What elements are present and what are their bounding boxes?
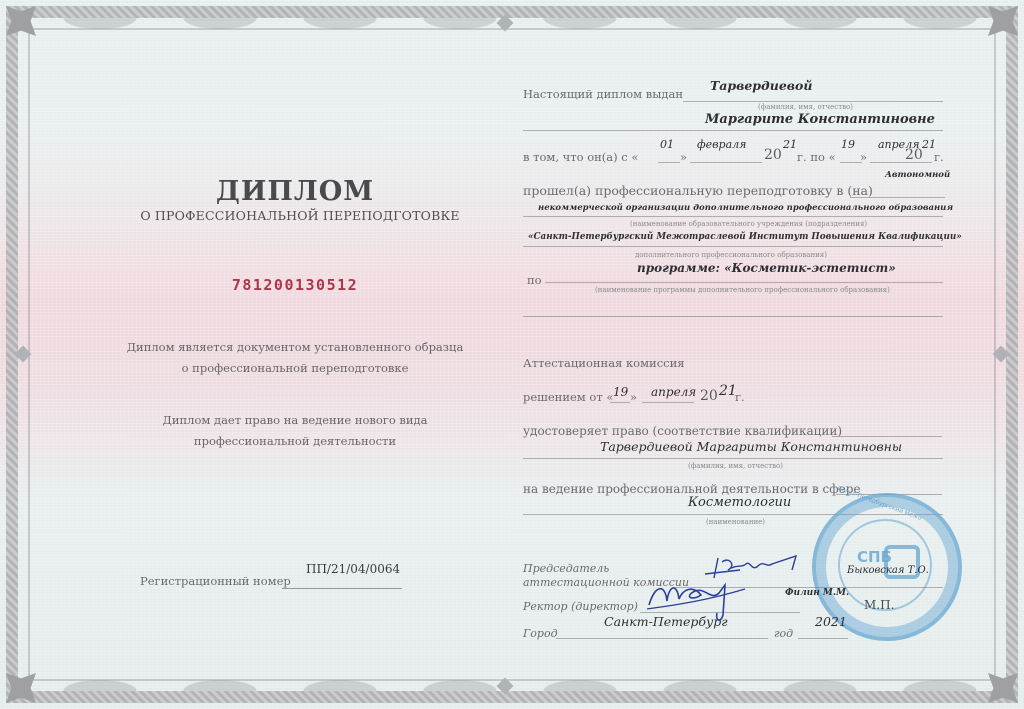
underline xyxy=(642,402,694,403)
decision-month: апреля xyxy=(651,385,696,399)
period-to-day: 19 xyxy=(841,138,855,151)
rector-name: Филин М.М. xyxy=(785,588,849,598)
rights-note: Диплом дает право на ведение нового вида… xyxy=(100,410,490,452)
commission-label: Аттестационная комиссия xyxy=(523,356,685,370)
quote-close: » xyxy=(680,150,687,164)
diploma-subtitle: О ПРОФЕССИОНАЛЬНОЙ ПЕРЕПОДГОТОВКЕ xyxy=(100,208,500,223)
program-prefix: по xyxy=(527,273,542,287)
serial-number: 781200130512 xyxy=(150,276,440,294)
recipient-given-names: Маргарите Константиновне xyxy=(705,112,935,127)
year-label: год xyxy=(774,627,793,640)
decision-suffix: г. xyxy=(735,390,745,404)
chair-label-1: Председатель xyxy=(523,562,609,575)
underline xyxy=(610,402,630,403)
period-from-month: февраля xyxy=(697,138,746,151)
rights-note-line: Диплом дает право на ведение нового вида xyxy=(100,410,490,431)
underline xyxy=(832,436,942,437)
chair-name: Быковская Т.О. xyxy=(847,565,929,576)
underline xyxy=(840,162,862,163)
fio-caption: (фамилия, имя, отчество) xyxy=(758,103,853,111)
field-caption: (наименование) xyxy=(706,518,765,526)
city-label: Город xyxy=(523,627,558,640)
year-value: 2021 xyxy=(815,614,847,629)
underline xyxy=(523,216,943,217)
registration-underline xyxy=(282,588,402,589)
quote-close: » xyxy=(630,390,637,404)
seal-place-label: М.П. xyxy=(864,598,894,612)
program-caption: (наименование программы дополнительного … xyxy=(595,286,890,294)
field-label: на ведение профессиональной деятельности… xyxy=(523,482,861,496)
completed-label: прошел(а) профессиональную переподготовк… xyxy=(523,183,873,198)
underline xyxy=(523,130,943,131)
period-year-suffix: г. xyxy=(934,150,944,164)
period-from-day: 01 xyxy=(660,138,674,151)
underline xyxy=(850,197,945,198)
org-caption-2: дополнительного профессионального образо… xyxy=(635,251,827,259)
period-from-year: 21 xyxy=(783,138,797,151)
underline xyxy=(523,246,943,247)
org-line-3: «Санкт-Петербургский Межотраслевой Инсти… xyxy=(528,232,962,242)
decision-century: 20 xyxy=(700,388,718,404)
decision-prefix: решением от « xyxy=(523,390,613,404)
fio-caption-2: (фамилия, имя, отчество) xyxy=(688,462,783,470)
underline xyxy=(556,638,768,639)
underline xyxy=(658,162,680,163)
certifies-label: удостоверяет право (соответствие квалифи… xyxy=(523,424,842,438)
underline xyxy=(545,282,943,283)
diploma-title: ДИПЛОМ xyxy=(150,176,440,207)
underline xyxy=(683,101,943,102)
underline xyxy=(523,458,943,459)
decision-day: 19 xyxy=(613,385,628,399)
underline xyxy=(523,316,943,317)
validity-note-line: о профессиональной переподготовке xyxy=(100,358,490,379)
underline xyxy=(690,162,762,163)
period-from-century: 20 xyxy=(764,147,782,163)
period-prefix: в том, что он(а) с « xyxy=(523,150,638,164)
validity-note-line: Диплом является документом установленног… xyxy=(100,337,490,358)
validity-note: Диплом является документом установленног… xyxy=(100,337,490,379)
org-line-2: некоммерческой организации дополнительно… xyxy=(538,203,953,213)
org-line-1: Автономной xyxy=(885,170,950,180)
underline xyxy=(798,638,848,639)
registration-number: ПП/21/04/0064 xyxy=(306,562,400,576)
rector-signature-icon xyxy=(645,575,755,625)
recipient-surname: Тарвердиевой xyxy=(710,78,812,93)
program-name: программе: «Косметик-эстетист» xyxy=(637,261,896,275)
rector-label: Ректор (директор) xyxy=(523,600,638,613)
issued-to-label: Настоящий диплом выдан xyxy=(523,87,683,101)
quote-close: » xyxy=(860,150,867,164)
activity-field: Косметологии xyxy=(688,495,791,510)
period-to-word: г. по « xyxy=(797,150,836,164)
org-caption: (наименование образовательного учреждени… xyxy=(630,220,867,228)
holder-full-name: Тарвердиевой Маргариты Константиновны xyxy=(600,439,902,454)
period-to-century: 20 xyxy=(905,147,923,163)
rights-note-line: профессиональной деятельности xyxy=(100,431,490,452)
registration-label: Регистрационный номер xyxy=(140,574,291,588)
